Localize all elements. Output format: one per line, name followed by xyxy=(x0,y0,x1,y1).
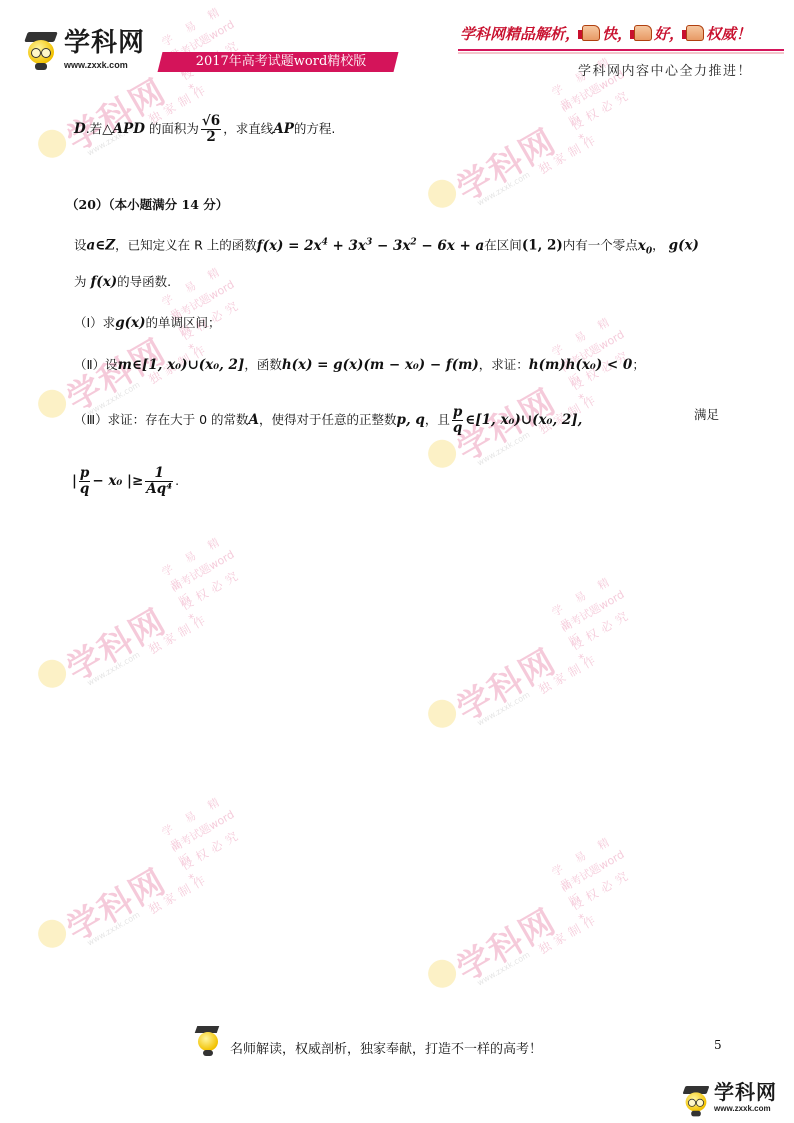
slogan-text: 权威！ xyxy=(706,25,751,43)
text: . xyxy=(175,473,179,488)
thumbs-up-icon xyxy=(582,25,600,41)
text: 的方程. xyxy=(294,121,335,136)
math: | xyxy=(72,473,77,489)
mascot-icon xyxy=(423,435,461,473)
math: g(x) xyxy=(115,315,145,331)
math: p, q xyxy=(397,412,425,428)
watermark: 学科网 www.zxxk.com 学 易 精 品 高考试题word版 侵权必究 … xyxy=(0,734,288,1010)
text: .若 xyxy=(86,121,102,136)
question-20-stem: 设a∈Z，已知定义在 R 上的函数f(x) = 2x4 + 3x3 − 3x2 … xyxy=(74,232,699,261)
math: f(x) = 2x xyxy=(257,238,322,254)
math: A xyxy=(249,412,259,428)
watermark-text: 侵权必究 * xyxy=(568,79,653,146)
math: h(m)h(x₀) < 0 xyxy=(529,357,633,373)
question-20-heading: （20）（本小题满分 14 分） xyxy=(66,195,228,215)
math: △APD xyxy=(102,121,145,137)
numerator: 1 xyxy=(145,466,173,482)
math: h(x) = g(x)(m − x₀) − f(m) xyxy=(282,357,479,373)
fraction: pq xyxy=(79,466,90,497)
numerator: p xyxy=(79,466,90,482)
text: （Ⅰ）求 xyxy=(74,315,115,330)
watermark-text: 学 易 精 品 xyxy=(159,526,244,594)
mascot-icon xyxy=(684,1086,711,1116)
mascot-icon xyxy=(33,655,71,693)
math: ∈[1, x₀)∪(x₀, 2], xyxy=(465,412,582,428)
watermark-text: 独家制作 xyxy=(535,649,602,698)
math: m∈[1, x₀)∪(x₀, 2] xyxy=(118,357,245,373)
text: ， xyxy=(652,238,665,253)
mascot-icon xyxy=(423,175,461,213)
watermark-text: 侵权必究 * xyxy=(178,559,263,626)
watermark: 学科网 www.zxxk.com 学 易 精 品 高考试题word版 侵权必究 … xyxy=(0,474,288,750)
text: （Ⅲ）求证：存在大于 0 的常数 xyxy=(74,412,249,427)
text: 的单调区间； xyxy=(145,315,220,330)
text: ，已知定义在 R 上的函数 xyxy=(115,238,257,253)
watermark: 学科网 www.zxxk.com 学 易 精 品 高考试题word版 侵权必究 … xyxy=(380,514,678,790)
math: g(x) xyxy=(669,238,699,254)
denominator: 2 xyxy=(201,130,221,145)
math: x xyxy=(638,238,646,254)
watermark-text: 学 易 精 品 xyxy=(549,46,634,114)
question-20-part-3: （Ⅲ）求证：存在大于 0 的常数A，使得对于任意的正整数p, q，且pq∈[1,… xyxy=(74,405,582,436)
watermark-text: 独家制作 xyxy=(145,609,212,658)
fraction: pq xyxy=(452,405,463,436)
math: − 6x + a xyxy=(417,238,485,254)
fraction: 1Aq⁴ xyxy=(145,466,173,497)
watermark-text: 独家制作 xyxy=(535,909,602,958)
text: 设 xyxy=(74,238,87,253)
watermark-logo: 学科网 xyxy=(56,854,174,950)
watermark-logo: 学科网 xyxy=(56,64,174,160)
mascot-icon xyxy=(26,32,60,70)
watermark-text: 侵权必究 * xyxy=(178,819,263,886)
watermark-logo: 学科网 xyxy=(56,594,174,690)
math: − 3x xyxy=(372,238,410,254)
watermark-logo: 学科网 xyxy=(446,114,564,210)
thumbs-up-icon xyxy=(686,25,704,41)
question-20-stem-cont: 为 f(x)的导函数. xyxy=(74,272,171,292)
math: AP xyxy=(273,121,294,137)
fraction: √62 xyxy=(201,114,221,145)
logo-url: www.zxxk.com xyxy=(64,60,128,70)
watermark: 学科网 www.zxxk.com 学 易 精 品 高考试题word版 侵权必究 … xyxy=(380,774,678,1050)
function-f: f(x) = 2x4 + 3x3 − 3x2 − 6x + a xyxy=(257,238,485,254)
slogan-text: 好， xyxy=(654,25,684,43)
mascot-icon xyxy=(33,385,71,423)
slogan-text: 快， xyxy=(602,25,632,43)
footer-logo: 学科网 www.zxxk.com xyxy=(684,1080,788,1116)
text: 满足 xyxy=(694,405,719,425)
watermark-logo: 学科网 xyxy=(446,894,564,990)
numerator: √6 xyxy=(201,114,221,130)
divider xyxy=(458,52,784,54)
text: 为 xyxy=(74,274,87,289)
text: ； xyxy=(632,357,645,372)
thumbs-up-icon xyxy=(634,25,652,41)
watermark-logo: 学科网 xyxy=(446,634,564,730)
watermark-text: 独家制作 xyxy=(535,129,602,178)
watermark-url: www.zxxk.com xyxy=(86,650,142,687)
watermark-text: 高考试题word版 xyxy=(168,542,253,610)
watermark-text: 高考试题word版 xyxy=(168,802,253,870)
denominator: Aq⁴ xyxy=(145,482,173,497)
watermark: 学科网 www.zxxk.com 学 易 精 品 高考试题word版 侵权必究 … xyxy=(380,254,678,530)
watermark-text: 学 易 精 品 xyxy=(549,566,634,634)
header-logo: 学科网 www.zxxk.com xyxy=(26,26,146,72)
mascot-icon xyxy=(33,125,71,163)
text: ，求直线 xyxy=(223,121,273,136)
watermark-text: 高考试题word版 xyxy=(558,842,643,910)
mascot-icon xyxy=(196,1026,222,1058)
watermark-text: 高考试题word版 xyxy=(558,582,643,650)
watermark-url: www.zxxk.com xyxy=(476,950,532,987)
denominator: q xyxy=(452,421,463,436)
text: ，求证： xyxy=(479,357,529,372)
watermark-url: www.zxxk.com xyxy=(476,170,532,207)
math: x0 xyxy=(638,238,652,254)
header-slogan: 学科网精品解析，快，好，权威！ xyxy=(460,22,784,46)
watermark-text: 侵权必究 * xyxy=(568,599,653,666)
watermark-text: 学 易 精 品 xyxy=(159,786,244,854)
question-19-part-d: D.若△APD 的面积为√62，求直线AP的方程. xyxy=(74,114,335,145)
question-20-part-3-inequality: |pq− x₀ |≥1Aq⁴. xyxy=(72,466,179,497)
math: a∈Z xyxy=(87,238,116,254)
edition-banner: 2017年高考试题word精校版 xyxy=(170,52,392,72)
watermark-text: 侵权必究 * xyxy=(568,859,653,926)
divider xyxy=(458,49,784,51)
mascot-icon xyxy=(423,695,461,733)
logo-text: 学科网 xyxy=(64,28,145,58)
text: 的导函数. xyxy=(117,274,171,289)
logo-text: 学科网 xyxy=(714,1080,777,1104)
mascot-icon xyxy=(33,915,71,953)
watermark-text: 学 易 精 品 xyxy=(549,826,634,894)
watermark-url: www.zxxk.com xyxy=(86,910,142,947)
footer-slogan: 名师解读，权威剖析，独家奉献，打造不一样的高考！ xyxy=(230,1038,542,1057)
text: 内有一个零点 xyxy=(563,238,638,253)
text: 在区间 xyxy=(484,238,522,253)
math: (1, 2) xyxy=(522,238,563,254)
question-20-part-2: （Ⅱ）设m∈[1, x₀)∪(x₀, 2]，函数h(x) = g(x)(m − … xyxy=(74,355,645,375)
text: （Ⅱ）设 xyxy=(74,357,118,372)
math: + 3x xyxy=(328,238,366,254)
text: ，且 xyxy=(425,412,450,427)
text: 的面积为 xyxy=(149,121,199,136)
text: ，使得对于任意的正整数 xyxy=(259,412,397,427)
numerator: p xyxy=(452,405,463,421)
watermark-text: 独家制作 xyxy=(145,869,212,918)
text: ，函数 xyxy=(244,357,282,372)
math: f(x) xyxy=(91,274,118,290)
question-20-part-1: （Ⅰ）求g(x)的单调区间； xyxy=(74,313,220,333)
math: − x₀ |≥ xyxy=(92,473,143,489)
slogan-text: 学科网精品解析， xyxy=(460,25,580,43)
denominator: q xyxy=(79,482,90,497)
watermark-url: www.zxxk.com xyxy=(476,690,532,727)
page-number: 5 xyxy=(714,1038,722,1052)
header-subslogan: 学科网内容中心全力推进！ xyxy=(578,60,752,79)
mascot-icon xyxy=(423,955,461,993)
logo-url: www.zxxk.com xyxy=(714,1104,771,1113)
math: D xyxy=(74,121,86,137)
